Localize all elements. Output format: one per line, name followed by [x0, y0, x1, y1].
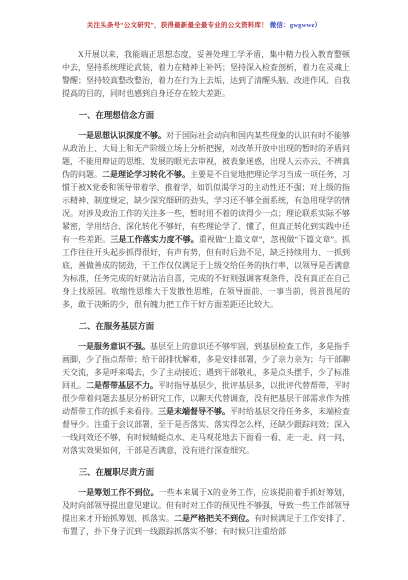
section-2-title: 二、在服务基层方面 — [62, 320, 350, 333]
section-1-paragraph: 一是思想认识深度不够。对于国际社会动向和国内某些现象的认识有时不能够从政治上、大… — [62, 129, 350, 311]
header-wechat-id: 微信：gwgwwz） — [270, 22, 321, 29]
point-2-label: 二是理论学习转化不够。 — [102, 170, 190, 179]
section-3-title: 三、在履职尽责方面 — [62, 466, 350, 479]
section-2-paragraph: 一是服务意识不强。基层至上的意识还不够牢固，到基层检查工作，多是指手画脚，少了指… — [62, 340, 350, 457]
point-1-label: 一是服务意识不强。 — [78, 342, 150, 351]
document-body: X开展以来，我能端正思想态度，妥善处理工学矛盾，集中精力投入教育整顿中去，坚持系… — [62, 48, 350, 538]
header-notice-text: 关注头条号“公文研究”，获得最新最全最专业的公文资料库！ — [87, 22, 268, 29]
point-2-label: 二是严格把关不到位。 — [174, 514, 254, 523]
document-page: 关注头条号“公文研究”，获得最新最全最专业的公文资料库！ 微信：gwgwwz） … — [0, 0, 408, 580]
point-1-label: 一是筹划工作不到位。 — [78, 488, 159, 497]
intro-paragraph: X开展以来，我能端正思想态度，妥善处理工学矛盾，集中精力投入教育整顿中去，坚持系… — [62, 48, 350, 100]
header-notice: 关注头条号“公文研究”，获得最新最全最专业的公文资料库！ 微信：gwgwwz） — [0, 22, 408, 30]
section-3-paragraph: 一是筹划工作不到位。一些本来属于X的业务工作，应该提前着手抓好筹划，及时向部领导… — [62, 486, 350, 538]
point-3-label: 三是末端督导不够。 — [158, 407, 230, 416]
point-2-label: 二是帮带基层不力。 — [86, 381, 158, 390]
point-1-label: 一是思想认识深度不够。 — [78, 131, 166, 140]
point-2-text: 主要是不自觉地把理论学习当成一项任务，习惯于被X党委和领导带着学、推着学，如饥似… — [62, 170, 350, 244]
point-3-text: 重视做“上篇文章”，忽视做“下篇文章”。抓工作往往开头起步抓得很好，有声有势，但… — [62, 235, 350, 309]
point-3-label: 三是工作落实力度不够。 — [110, 235, 199, 244]
section-1-title: 一、在理想信念方面 — [62, 109, 350, 122]
